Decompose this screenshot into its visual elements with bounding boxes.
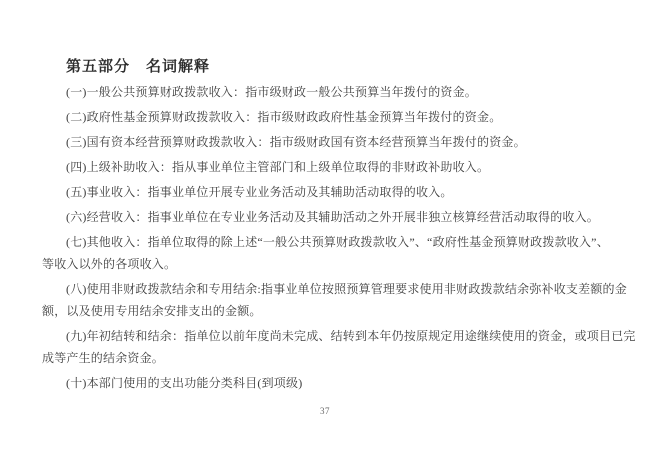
paragraph-line: (五)事业收入：指事业单位开展专业业务活动及其辅助活动取得的收入。 xyxy=(42,181,616,203)
definition-paragraph-5: (五)事业收入：指事业单位开展专业业务活动及其辅助活动取得的收入。 xyxy=(42,181,616,203)
paragraph-line: (一)一般公共预算财政拨款收入：指市级财政一般公共预算当年拨付的资金。 xyxy=(42,81,616,103)
paragraph-line: 额，以及使用专用结余安排支出的金额。 xyxy=(42,300,616,322)
definition-paragraph-1: (一)一般公共预算财政拨款收入：指市级财政一般公共预算当年拨付的资金。 xyxy=(42,81,616,103)
paragraph-line: (六)经营收入：指事业单位在专业业务活动及其辅助活动之外开展非独立核算经营活动取… xyxy=(42,206,616,228)
definition-paragraph-9: (九)年初结转和结余：指单位以前年度尚未完成、结转到本年仍按原规定用途继续使用的… xyxy=(42,325,616,369)
paragraph-line: (三)国有资本经营预算财政拨款收入：指市级财政国有资本经营预算当年拨付的资金。 xyxy=(42,131,616,153)
paragraph-line: (七)其他收入：指单位取得的除上述“一般公共预算财政拨款收入”、“政府性基金预算… xyxy=(42,231,616,253)
definition-paragraph-10: (十)本部门使用的支出功能分类科目(到项级) xyxy=(42,372,616,394)
paragraph-line: (四)上级补助收入：指从事业单位主管部门和上级单位取得的非财政补助收入。 xyxy=(42,156,616,178)
section-title: 第五部分 名词解释 xyxy=(42,54,616,78)
document-content: 第五部分 名词解释 (一)一般公共预算财政拨款收入：指市级财政一般公共预算当年拨… xyxy=(42,54,616,397)
paragraph-line: (九)年初结转和结余：指单位以前年度尚未完成、结转到本年仍按原规定用途继续使用的… xyxy=(42,325,616,347)
document-page: 第五部分 名词解释 (一)一般公共预算财政拨款收入：指市级财政一般公共预算当年拨… xyxy=(0,0,650,459)
definition-paragraph-6: (六)经营收入：指事业单位在专业业务活动及其辅助活动之外开展非独立核算经营活动取… xyxy=(42,206,616,228)
paragraph-line: 成等产生的结余资金。 xyxy=(42,347,616,369)
paragraph-line: (八)使用非财政拨款结余和专用结余:指事业单位按照预算管理要求使用非财政拨款结余… xyxy=(42,278,616,300)
page-number: 37 xyxy=(0,406,650,416)
paragraph-line: (十)本部门使用的支出功能分类科目(到项级) xyxy=(42,372,616,394)
definition-paragraph-7: (七)其他收入：指单位取得的除上述“一般公共预算财政拨款收入”、“政府性基金预算… xyxy=(42,231,616,275)
paragraph-line: (二)政府性基金预算财政拨款收入：指市级财政政府性基金预算当年拨付的资金。 xyxy=(42,106,616,128)
paragraph-line: 等收入以外的各项收入。 xyxy=(42,253,616,275)
definition-paragraph-8: (八)使用非财政拨款结余和专用结余:指事业单位按照预算管理要求使用非财政拨款结余… xyxy=(42,278,616,322)
definition-paragraph-3: (三)国有资本经营预算财政拨款收入：指市级财政国有资本经营预算当年拨付的资金。 xyxy=(42,131,616,153)
definition-paragraph-2: (二)政府性基金预算财政拨款收入：指市级财政政府性基金预算当年拨付的资金。 xyxy=(42,106,616,128)
definition-paragraph-4: (四)上级补助收入：指从事业单位主管部门和上级单位取得的非财政补助收入。 xyxy=(42,156,616,178)
